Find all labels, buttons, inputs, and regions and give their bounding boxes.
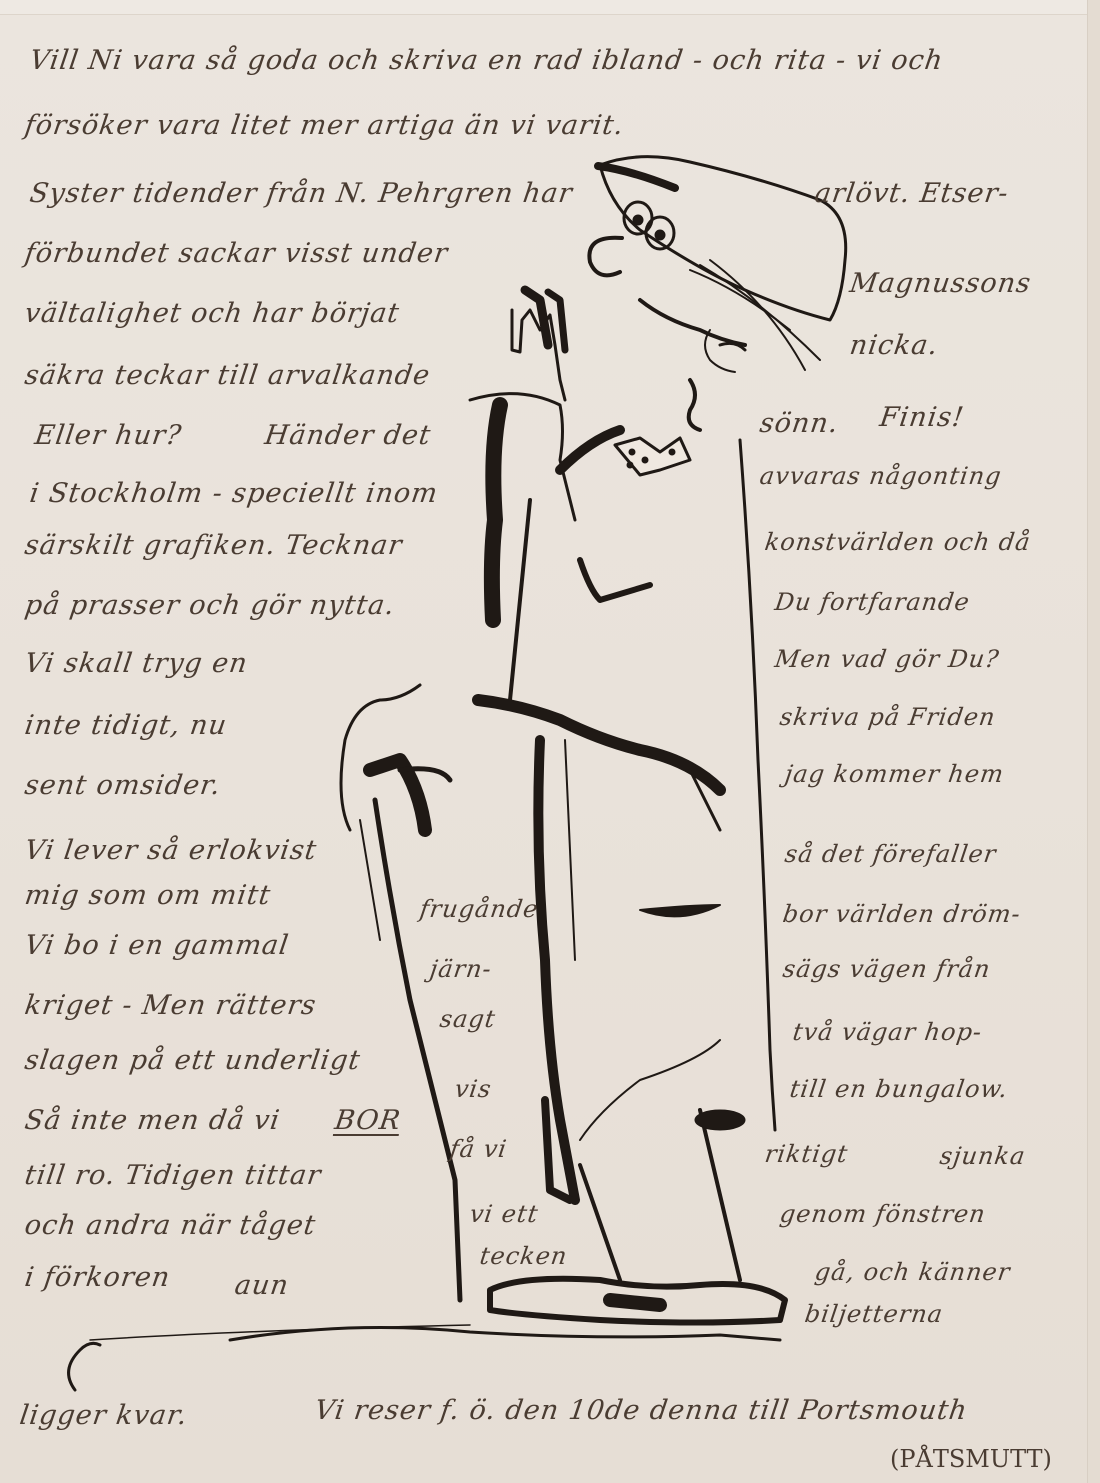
left-line: Vi skall tryg en [23, 648, 250, 679]
middle-line: vi ett [468, 1200, 540, 1228]
cap-icon [600, 157, 846, 320]
middle-line: frugånde [418, 895, 540, 923]
middle-line: järn- [428, 955, 494, 983]
left-line: Så inte men då vi [23, 1105, 282, 1136]
middle-line: vis [453, 1075, 493, 1103]
right-line: Du fortfarande [773, 588, 972, 616]
left-line: säkra teckar till arvalkande [23, 360, 433, 391]
left-line: till ro. Tidigen tittar [23, 1160, 324, 1191]
right-line: Finis! [878, 402, 966, 433]
left-line: i Stockholm - speciellt inom [28, 478, 440, 509]
right-line: riktigt [763, 1140, 850, 1168]
right-line: biljetterna [803, 1300, 945, 1328]
right-line: Magnussons [848, 268, 1033, 299]
middle-line: få vi [448, 1135, 509, 1163]
left-line: Eller hur? [33, 420, 184, 451]
left-line: vältalighet och har börjat [23, 298, 402, 329]
left-line: Syster tidender från N. Pehrgren har [28, 178, 575, 209]
left-line: Vi bo i en gammal [23, 930, 291, 961]
right-line: skriva på Friden [778, 703, 998, 731]
left-line: mig som om mitt [23, 880, 273, 911]
middle-line: tecken [478, 1242, 569, 1270]
right-line: konstvärlden och då [763, 528, 1033, 556]
left-line: aun [233, 1270, 291, 1301]
left-line: förbundet sackar visst under [23, 238, 450, 269]
emphasized-word-bor: BOR [333, 1105, 403, 1136]
right-line: jag kommer hem [783, 760, 1006, 788]
left-line: på prasser och gör nytta. [23, 590, 397, 621]
left-line: och andra när tåget [23, 1210, 318, 1241]
right-line: sjunka [938, 1142, 1027, 1170]
left-line: sent omsider. [23, 770, 223, 801]
right-line: gå, och känner [813, 1258, 1012, 1286]
left-line: Vi lever så erlokvist [23, 835, 319, 866]
left-line: kriget - Men rätters [23, 990, 319, 1021]
left-line: inte tidigt, nu [23, 710, 229, 741]
right-line: avvaras någonting [758, 462, 1004, 490]
right-line: sägs vägen från [781, 955, 993, 983]
left-line: i förkoren [23, 1262, 173, 1293]
middle-line: sagt [438, 1005, 498, 1033]
right-line: Men vad gör Du? [773, 645, 1001, 673]
footer-main-text: Vi reser f. ö. den 10de denna till Ports… [313, 1395, 970, 1426]
right-line: två vägar hop- [791, 1018, 984, 1046]
right-line: arlövt. Etser- [813, 178, 1011, 209]
left-line: slagen på ett underligt [23, 1045, 363, 1076]
right-line: sönn. [758, 408, 841, 439]
header-line-1: Vill Ni vara så goda och skriva en rad i… [28, 45, 946, 76]
footer-annotation: (PÅTSMUTT) [890, 1445, 1052, 1473]
right-line: till en bungalow. [788, 1075, 1010, 1103]
header-line-2: försöker vara litet mer artiga än vi var… [23, 110, 626, 141]
left-line: särskilt grafiken. Tecknar [23, 530, 405, 561]
footer-left-text: ligger kvar. [18, 1400, 190, 1431]
letter-sheet: Vill Ni vara så goda och skriva en rad i… [0, 0, 1100, 1483]
left-line: Händer det [263, 420, 433, 451]
right-line: bor världen dröm- [781, 900, 1023, 928]
right-line: så det förefaller [783, 840, 998, 868]
right-line: genom fönstren [778, 1200, 988, 1228]
right-line: nicka. [848, 330, 941, 361]
